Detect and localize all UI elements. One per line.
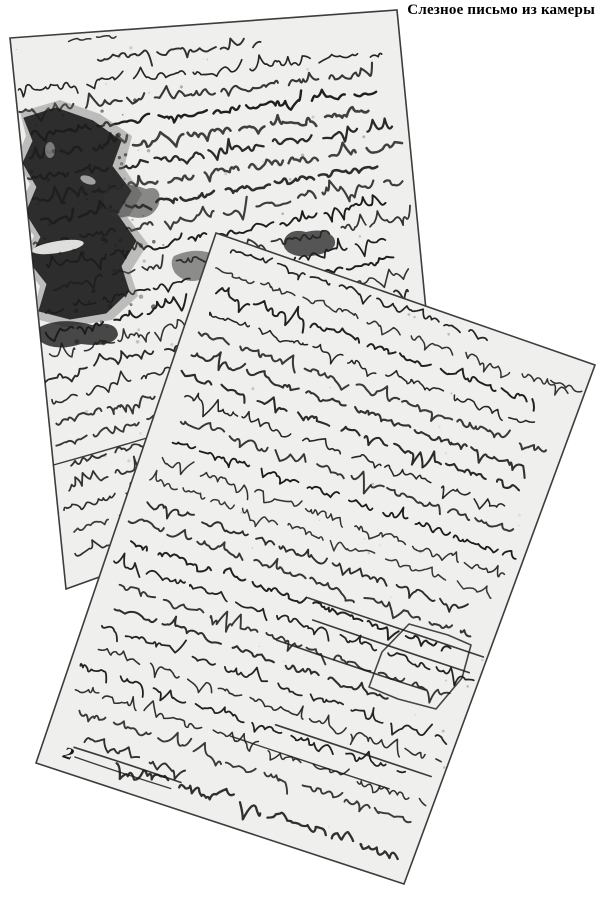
book-page: Слезное письмо из камеры 2 (0, 0, 600, 900)
scanned-letter-photo: 2 (0, 0, 600, 900)
